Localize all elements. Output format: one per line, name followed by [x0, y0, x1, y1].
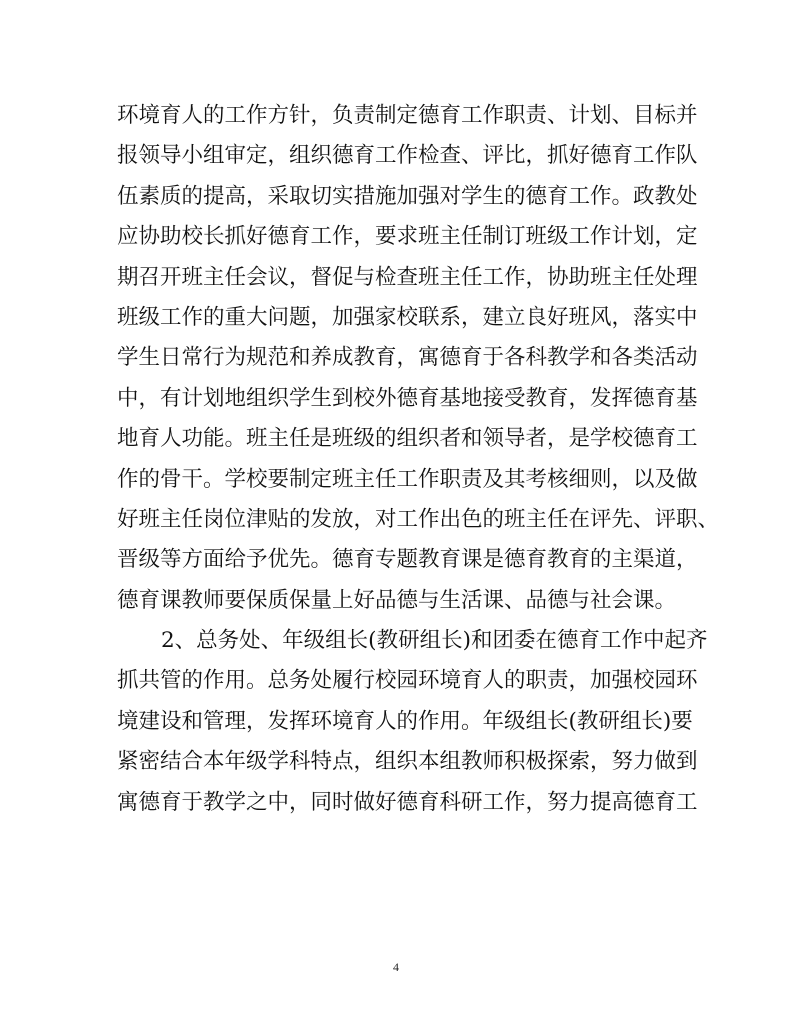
- text-line: 环境育人的工作方针，负责制定德育工作职责、计划、目标并: [117, 96, 677, 136]
- text-line: 期召开班主任会议，督促与检查班主任工作，协助班主任处理: [117, 258, 677, 298]
- text-line: 报领导小组审定，组织德育工作检查、评比，抓好德育工作队: [117, 136, 677, 176]
- text-line-paragraph-start: 2、总务处、年级组长(教研组长)和团委在德育工作中起齐: [117, 621, 677, 661]
- text-line: 晋级等方面给予优先。德育专题教育课是德育教育的主渠道，: [117, 540, 677, 580]
- body-text: 环境育人的工作方针，负责制定德育工作职责、计划、目标并 报领导小组审定，组织德育…: [117, 96, 677, 823]
- text-line: 境建设和管理，发挥环境育人的作用。年级组长(教研组长)要: [117, 702, 677, 742]
- document-page: 环境育人的工作方针，负责制定德育工作职责、计划、目标并 报领导小组审定，组织德育…: [0, 0, 791, 1024]
- text-line: 应协助校长抓好德育工作，要求班主任制订班级工作计划，定: [117, 217, 677, 257]
- text-line-paragraph-end: 德育课教师要保质保量上好品德与生活课、品德与社会课。: [117, 581, 677, 621]
- text-line: 伍素质的提高，采取切实措施加强对学生的德育工作。政教处: [117, 177, 677, 217]
- text-line: 紧密结合本年级学科特点，组织本组教师积极探索，努力做到: [117, 742, 677, 782]
- text-line: 好班主任岗位津贴的发放，对工作出色的班主任在评先、评职、: [117, 500, 677, 540]
- page-number: 4: [388, 960, 404, 975]
- text-line: 作的骨干。学校要制定班主任工作职责及其考核细则，以及做: [117, 460, 677, 500]
- text-line: 寓德育于教学之中，同时做好德育科研工作，努力提高德育工: [117, 783, 677, 823]
- text-line: 学生日常行为规范和养成教育，寓德育于各科教学和各类活动: [117, 338, 677, 378]
- text-line: 地育人功能。班主任是班级的组织者和领导者，是学校德育工: [117, 419, 677, 459]
- text-line: 中，有计划地组织学生到校外德育基地接受教育，发挥德育基: [117, 379, 677, 419]
- text-line: 抓共管的作用。总务处履行校园环境育人的职责，加强校园环: [117, 661, 677, 701]
- text-line: 班级工作的重大问题，加强家校联系，建立良好班风，落实中: [117, 298, 677, 338]
